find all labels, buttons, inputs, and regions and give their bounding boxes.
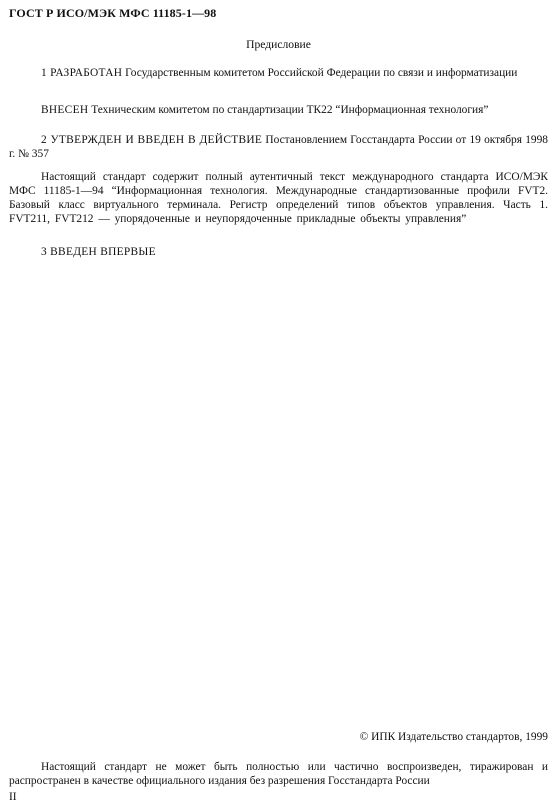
paragraph-lead: 3 ВВЕДЕН ВПЕРВЫЕ [41, 246, 156, 258]
paragraph-content-statement: Настоящий стандарт содержит полный аутен… [9, 170, 548, 226]
paragraph-lead: ВНЕСЕН [41, 104, 88, 116]
paragraph-approved: 2 УТВЕРЖДЕН И ВВЕДЕН В ДЕЙСТВИЕ Постанов… [9, 133, 548, 161]
paragraph-text: Техническим комитетом по стандартизации … [88, 104, 488, 116]
paragraph-developed: 1 РАЗРАБОТАН Государственным комитетом Р… [9, 66, 548, 80]
paragraph-first-introduced: 3 ВВЕДЕН ВПЕРВЫЕ [9, 245, 548, 259]
paragraph-lead: 2 УТВЕРЖДЕН И ВВЕДЕН В ДЕЙСТВИЕ [41, 134, 262, 146]
copyright-line: © ИПК Издательство стандартов, 1999 [360, 730, 548, 744]
section-title: Предисловие [0, 38, 557, 52]
document-header: ГОСТ Р ИСО/МЭК МФС 11185-1—98 [9, 6, 216, 20]
reproduction-notice: Настоящий стандарт не может быть полност… [9, 760, 548, 788]
paragraph-text: Настоящий стандарт содержит полный аутен… [9, 171, 548, 225]
paragraph-introduced: ВНЕСЕН Техническим комитетом по стандарт… [9, 103, 548, 117]
paragraph-text: Государственным комитетом Российской Фед… [122, 67, 517, 79]
paragraph-lead: 1 РАЗРАБОТАН [41, 67, 122, 79]
page-number: II [9, 790, 17, 804]
